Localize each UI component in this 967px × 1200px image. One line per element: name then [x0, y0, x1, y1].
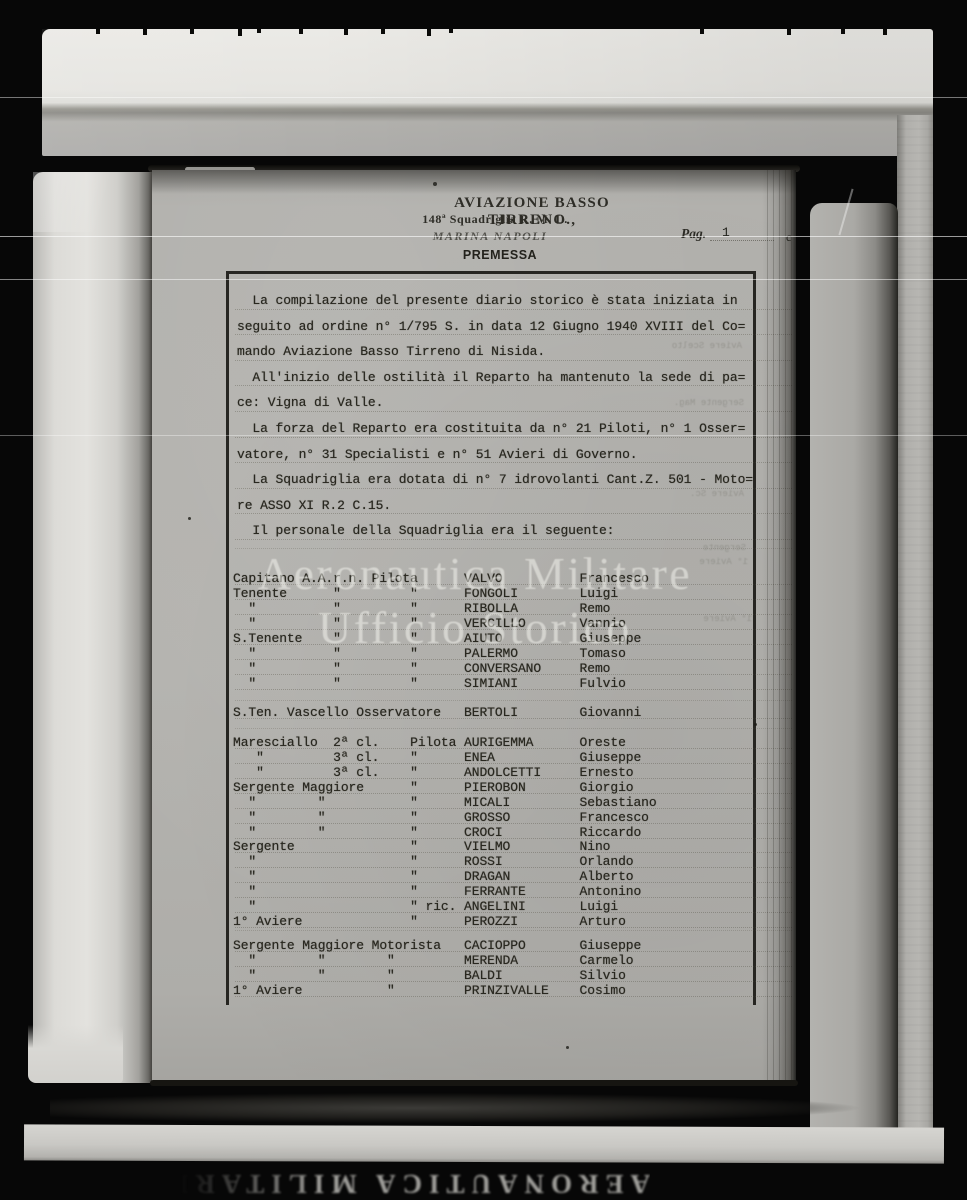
ruling-line — [235, 462, 792, 463]
personnel-row: Maresciallo 2ª cl. Pilota AURIGEMMA Ores… — [233, 735, 626, 750]
film-edge-tick — [787, 29, 791, 35]
ruling-line — [235, 360, 792, 361]
personnel-row: " " " BALDI Silvio — [233, 968, 626, 983]
ruling-line — [235, 334, 792, 335]
ghost-text-fragment: Aviere Sc. — [684, 489, 744, 499]
book-left-pages-bottom — [28, 1025, 123, 1083]
upside-down-stamp: AERONAUTICA MILITARE — [180, 1166, 650, 1198]
typewritten-line: Il personale della Squadriglia era il se… — [237, 523, 614, 538]
film-edge-tick — [700, 29, 704, 34]
personnel-row: " 3ª cl. " ANDOLCETTI Ernesto — [233, 765, 633, 780]
personnel-row: " 3ª cl. " ENEA Giuseppe — [233, 750, 641, 765]
microfilm-scan: { "stamp_header": { "line1": "AVIAZIONE … — [0, 0, 967, 1200]
book-right-page-stack — [810, 203, 898, 1148]
ruling-line — [235, 385, 792, 386]
personnel-row: Sergente Maggiore " PIEROBON Giorgio — [233, 780, 633, 795]
stamp-squadron-line: 148ª Squadriglia R. M. L. — [420, 212, 570, 227]
book-left-pages-edge — [33, 172, 153, 1083]
film-edge-tick — [449, 29, 453, 33]
book-bottom-shadow — [50, 1092, 910, 1124]
dust-speck — [433, 182, 437, 186]
book-left-pages-fold-highlight — [33, 172, 163, 232]
typewritten-line: mando Aviazione Basso Tirreno di Nisida. — [237, 344, 545, 359]
archive-watermark-line1: Aeronautica Militare — [150, 547, 800, 600]
personnel-row: S.Ten. Vascello Osservatore BERTOLI Giov… — [233, 705, 641, 720]
page-bottom-edge — [150, 1080, 798, 1086]
ruling-line — [235, 411, 792, 412]
ghost-text-fragment: Sergente Mag. — [684, 398, 744, 408]
film-edge-tick — [190, 29, 194, 34]
film-edge-tick — [344, 29, 348, 35]
film-edge-tick — [883, 29, 887, 35]
film-edge-tick — [238, 29, 242, 36]
personnel-row: Sergente Maggiore Motorista CACIOPPO Giu… — [233, 938, 641, 953]
page-number-label: Pag. — [681, 226, 706, 242]
personnel-row: " " " CONVERSANO Remo — [233, 661, 610, 676]
personnel-row: 1° Aviere " PEROZZI Arturo — [233, 914, 626, 929]
personnel-row: " " FERRANTE Antonino — [233, 884, 641, 899]
typewritten-line: re ASSO XI R.2 C.15. — [237, 498, 391, 513]
typewritten-line: seguito ad ordine n° 1/795 S. in data 12… — [237, 319, 745, 334]
ghost-text-fragment: Aviere Scelto — [682, 341, 742, 351]
film-edge-tick — [427, 29, 431, 36]
dust-speck — [566, 1046, 569, 1049]
dust-speck — [188, 517, 191, 520]
ruling-line — [235, 539, 792, 540]
page-number-value: 1 — [722, 225, 730, 240]
section-title-premessa: PREMESSA — [462, 248, 538, 262]
typewritten-line: All'inizio delle ostilità il Reparto ha … — [237, 370, 745, 385]
folder-top-edge-shading — [42, 29, 933, 156]
typewritten-line: ce: Vigna di Valle. — [237, 395, 383, 410]
personnel-row: " " " CROCI Riccardo — [233, 825, 641, 840]
ruling-line — [235, 700, 792, 701]
personnel-row: " " DRAGAN Alberto — [233, 869, 633, 884]
ruling-line — [235, 437, 792, 438]
dust-speck — [754, 723, 757, 726]
film-edge-tick — [841, 29, 845, 34]
film-edge-tick — [299, 29, 303, 34]
personnel-row: " " " SIMIANI Fulvio — [233, 676, 626, 691]
ruling-line — [235, 728, 792, 729]
archive-watermark-line2: Ufficio Storico — [150, 601, 800, 654]
typewritten-line: La compilazione del presente diario stor… — [237, 293, 738, 308]
personnel-row: " " " MERENDA Carmelo — [233, 953, 633, 968]
personnel-row: Sergente " VIELMO Nino — [233, 839, 610, 854]
film-scratch-line — [0, 97, 967, 98]
film-scratch-line — [0, 435, 967, 436]
personnel-row: " " ric. ANGELINI Luigi — [233, 899, 618, 914]
ruling-line — [235, 930, 792, 931]
folder-right-edge-texture — [897, 115, 933, 1160]
shelf-edge-band — [24, 1124, 944, 1163]
film-edge-tick — [381, 29, 385, 34]
typewritten-line: La Squadriglia era dotata di n° 7 idrovo… — [237, 472, 753, 487]
film-edge-tick — [257, 29, 261, 33]
typewritten-line: La forza del Reparto era costituita da n… — [237, 421, 745, 436]
ruling-line — [235, 513, 792, 514]
ruling-line — [235, 309, 792, 310]
film-scratch-line — [0, 236, 967, 237]
personnel-row: 1° Aviere " PRINZIVALLE Cosimo — [233, 983, 626, 998]
film-scratch-line — [0, 279, 967, 280]
film-edge-tick — [96, 29, 100, 34]
personnel-row: " " " GROSSO Francesco — [233, 810, 649, 825]
typewritten-line: vatore, n° 31 Specialisti e n° 51 Avieri… — [237, 447, 637, 462]
film-edge-tick — [143, 29, 147, 35]
personnel-row: " " ROSSI Orlando — [233, 854, 633, 869]
page-top-shadow — [152, 170, 796, 194]
personnel-row: " " " MICALI Sebastiano — [233, 795, 657, 810]
